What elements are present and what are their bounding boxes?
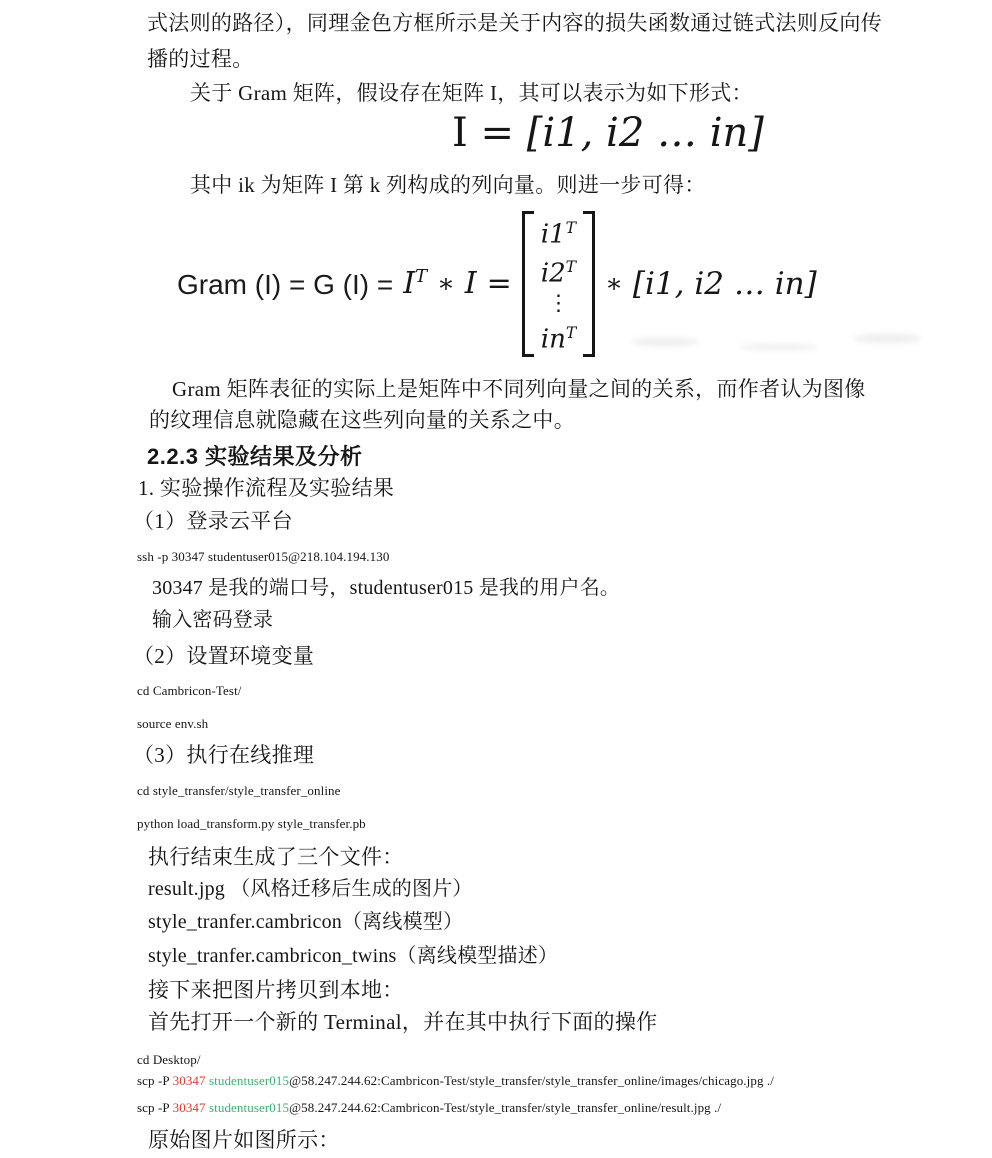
scp-prefix: scp -P <box>137 1100 169 1115</box>
results-intro: 执行结束生成了三个文件： <box>148 844 404 870</box>
paragraph-chain-rule-line2: 播的过程。 <box>147 46 254 72</box>
compression-artifact <box>738 344 818 350</box>
matrix-row-i2: i2T <box>541 252 576 289</box>
copy-intro: 接下来把图片拷贝到本地： <box>148 977 404 1003</box>
formula-identity-equals: = <box>481 110 515 156</box>
formula-gram-transpose-sup: T <box>415 266 427 287</box>
step3-title: （3）执行在线推理 <box>133 742 314 768</box>
command-cd-desktop: cd Desktop/ <box>137 1052 201 1068</box>
formula-gram-equals: = <box>487 265 512 303</box>
scp-username: studentuser015 <box>209 1073 289 1088</box>
paragraph-gram-meaning-line2: 的纹理信息就隐藏在这些列向量的关系之中。 <box>149 407 575 433</box>
command-cd-style-transfer: cd style_transfer/style_transfer_online <box>137 783 341 799</box>
formula-gram-transpose-term: IT <box>403 265 427 303</box>
command-cd-cambricon: cd Cambricon-Test/ <box>137 683 242 699</box>
scp-path: @58.247.244.62:Cambricon-Test/style_tran… <box>289 1073 774 1088</box>
subsection-heading: 1. 实验操作流程及实验结果 <box>138 475 394 501</box>
step2-title: （2）设置环境变量 <box>133 643 314 669</box>
document-page: 式法则的路径），同理金色方框所示是关于内容的损失函数通过链式法则反向传 播的过程… <box>0 0 992 1158</box>
section-heading: 2.2.3 实验结果及分析 <box>147 443 363 471</box>
matrix-row-vdots: ⋮ <box>541 292 576 316</box>
formula-gram-times-1: ∗ <box>437 268 455 301</box>
file-cambricon-model: style_tranfer.cambricon（离线模型） <box>148 910 463 935</box>
file-result-jpg: result.jpg （风格迁移后生成的图片） <box>148 877 473 902</box>
formula-gram-prefix: Gram (I) = G (I) = <box>177 267 393 302</box>
matrix-row-in: inT <box>541 318 576 355</box>
formula-identity-lhs: I <box>452 110 468 156</box>
matrix-row-i1: i1T <box>541 213 576 250</box>
column-matrix: i1T i2T ⋮ inT <box>522 211 595 357</box>
formula-gram-matrix-base: I <box>465 265 477 303</box>
original-image-caption: 原始图片如图所示： <box>148 1127 340 1153</box>
formula-gram-vector: [i1, i2 … in] <box>633 265 817 304</box>
step1-title: （1）登录云平台 <box>133 508 293 534</box>
command-scp-result: scp -P 30347 studentuser015@58.247.244.6… <box>137 1100 721 1116</box>
matrix-left-bracket <box>522 211 534 357</box>
formula-gram: Gram (I) = G (I) = IT ∗ I = i1T i2T ⋮ in… <box>177 210 817 358</box>
command-source-env: source env.sh <box>137 716 208 732</box>
compression-artifact <box>852 334 922 343</box>
scp-port: 30347 <box>173 1073 206 1088</box>
scp-prefix: scp -P <box>137 1073 169 1088</box>
terminal-note: 首先打开一个新的 Terminal，并在其中执行下面的操作 <box>148 1009 657 1035</box>
paragraph-column-vector: 其中 ik 为矩阵 I 第 k 列构成的列向量。则进一步可得： <box>190 172 706 198</box>
note-port-username: 30347 是我的端口号，studentuser015 是我的用户名。 <box>152 576 620 601</box>
command-python-load-transform: python load_transform.py style_transfer.… <box>137 816 366 832</box>
file-cambricon-twins: style_tranfer.cambricon_twins（离线模型描述） <box>148 944 558 969</box>
matrix-rows: i1T i2T ⋮ inT <box>534 211 583 357</box>
paragraph-gram-intro: 关于 Gram 矩阵，假设存在矩阵 I，其可以表示为如下形式： <box>190 80 753 106</box>
paragraph-chain-rule-line1: 式法则的路径），同理金色方框所示是关于内容的损失函数通过链式法则反向传 <box>147 10 882 36</box>
command-scp-chicago: scp -P 30347 studentuser015@58.247.244.6… <box>137 1073 774 1089</box>
note-password: 输入密码登录 <box>152 608 273 633</box>
scp-path: @58.247.244.62:Cambricon-Test/style_tran… <box>289 1100 721 1115</box>
matrix-right-bracket <box>583 211 595 357</box>
formula-identity-vector: [i1, i2 … in] <box>527 110 764 156</box>
scp-port: 30347 <box>173 1100 206 1115</box>
compression-artifact <box>630 338 700 346</box>
formula-gram-times-2: ∗ <box>605 268 623 301</box>
command-ssh: ssh -p 30347 studentuser015@218.104.194.… <box>137 549 389 565</box>
formula-identity: I = [i1, i2 … in] <box>452 108 764 158</box>
scp-username: studentuser015 <box>209 1100 289 1115</box>
paragraph-gram-meaning-line1: Gram 矩阵表征的实际上是矩阵中不同列向量之间的关系，而作者认为图像 <box>172 376 866 402</box>
